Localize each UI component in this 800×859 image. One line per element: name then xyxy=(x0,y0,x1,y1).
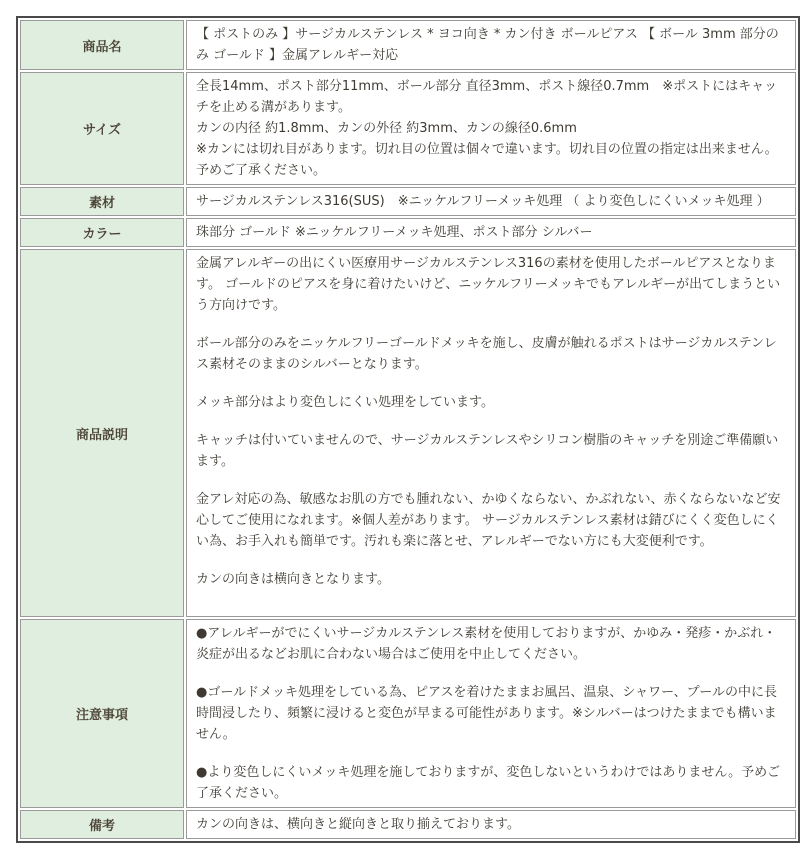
description-paragraph: キャッチは付いていませんので、サージカルステンレスやシリコン樹脂のキャッチを別途… xyxy=(196,430,786,472)
row-material: 素材 サージカルステンレス316(SUS) ※ニッケルフリーメッキ処理 （ より… xyxy=(20,187,796,216)
row-notes: 備考 カンの向きは、横向きと縦向きと取り揃えております。 xyxy=(20,810,796,839)
row-label-notes: 備考 xyxy=(20,810,184,839)
row-value-product-name: 【 ポストのみ 】サージカルステンレス * ヨコ向き * カン付き ボールピアス… xyxy=(186,20,796,70)
row-value-precautions: ●アレルギーがでにくいサージカルステンレス素材を使用しておりますが、かゆみ・発疹… xyxy=(186,619,796,808)
row-label-color: カラー xyxy=(20,218,184,247)
precaution-item: ●より変色しにくいメッキ処理を施しておりますが、変色しないというわけではありませ… xyxy=(196,762,786,804)
row-label-product-name: 商品名 xyxy=(20,20,184,70)
row-value-size: 全長14mm、ポスト部分11mm、ボール部分 直径3mm、ポスト線径0.7mm … xyxy=(186,72,796,185)
row-value-material: サージカルステンレス316(SUS) ※ニッケルフリーメッキ処理 （ より変色し… xyxy=(186,187,796,216)
precaution-item: ●ゴールドメッキ処理をしている為、ピアスを着けたままお風呂、温泉、シャワー、プー… xyxy=(196,682,786,745)
product-name-text: 【 ポストのみ 】サージカルステンレス * ヨコ向き * カン付き ボールピアス… xyxy=(196,24,786,66)
row-value-description: 金属アレルギーの出にくい医療用サージカルステンレス316の素材を使用したボールピ… xyxy=(186,249,796,617)
description-paragraph: ボール部分のみをニッケルフリーゴールドメッキを施し、皮膚が触れるポストはサージカ… xyxy=(196,333,786,375)
description-paragraph: メッキ部分はより変色しにくい処理をしています。 xyxy=(196,392,786,413)
row-precautions: 注意事項 ●アレルギーがでにくいサージカルステンレス素材を使用しておりますが、か… xyxy=(20,619,796,808)
description-paragraph: 金アレ対応の為、敏感なお肌の方でも腫れない、かゆくならない、かぶれない、赤くなら… xyxy=(196,489,786,552)
material-text: サージカルステンレス316(SUS) ※ニッケルフリーメッキ処理 （ より変色し… xyxy=(196,191,786,212)
row-description: 商品説明 金属アレルギーの出にくい医療用サージカルステンレス316の素材を使用し… xyxy=(20,249,796,617)
row-label-description: 商品説明 xyxy=(20,249,184,617)
row-label-size: サイズ xyxy=(20,72,184,185)
row-value-notes: カンの向きは、横向きと縦向きと取り揃えております。 xyxy=(186,810,796,839)
row-color: カラー 珠部分 ゴールド ※ニッケルフリーメッキ処理、ポスト部分 シルバー xyxy=(20,218,796,247)
row-product-name: 商品名 【 ポストのみ 】サージカルステンレス * ヨコ向き * カン付き ボー… xyxy=(20,20,796,70)
description-paragraph: 金属アレルギーの出にくい医療用サージカルステンレス316の素材を使用したボールピ… xyxy=(196,253,786,316)
precaution-item: ●アレルギーがでにくいサージカルステンレス素材を使用しておりますが、かゆみ・発疹… xyxy=(196,623,786,665)
size-line: カンの内径 約1.8mm、カンの外径 約3mm、カンの線径0.6mm xyxy=(196,118,786,139)
row-label-precautions: 注意事項 xyxy=(20,619,184,808)
color-text: 珠部分 ゴールド ※ニッケルフリーメッキ処理、ポスト部分 シルバー xyxy=(196,222,786,243)
row-label-material: 素材 xyxy=(20,187,184,216)
row-value-color: 珠部分 ゴールド ※ニッケルフリーメッキ処理、ポスト部分 シルバー xyxy=(186,218,796,247)
size-line: 全長14mm、ポスト部分11mm、ボール部分 直径3mm、ポスト線径0.7mm … xyxy=(196,76,786,118)
description-paragraph: カンの向きは横向きとなります。 xyxy=(196,569,786,590)
product-spec-table: 商品名 【 ポストのみ 】サージカルステンレス * ヨコ向き * カン付き ボー… xyxy=(16,16,800,843)
row-size: サイズ 全長14mm、ポスト部分11mm、ボール部分 直径3mm、ポスト線径0.… xyxy=(20,72,796,185)
notes-text: カンの向きは、横向きと縦向きと取り揃えております。 xyxy=(196,814,786,835)
size-line: ※カンには切れ目があります。切れ目の位置は個々で違います。切れ目の位置の指定は出… xyxy=(196,139,786,181)
